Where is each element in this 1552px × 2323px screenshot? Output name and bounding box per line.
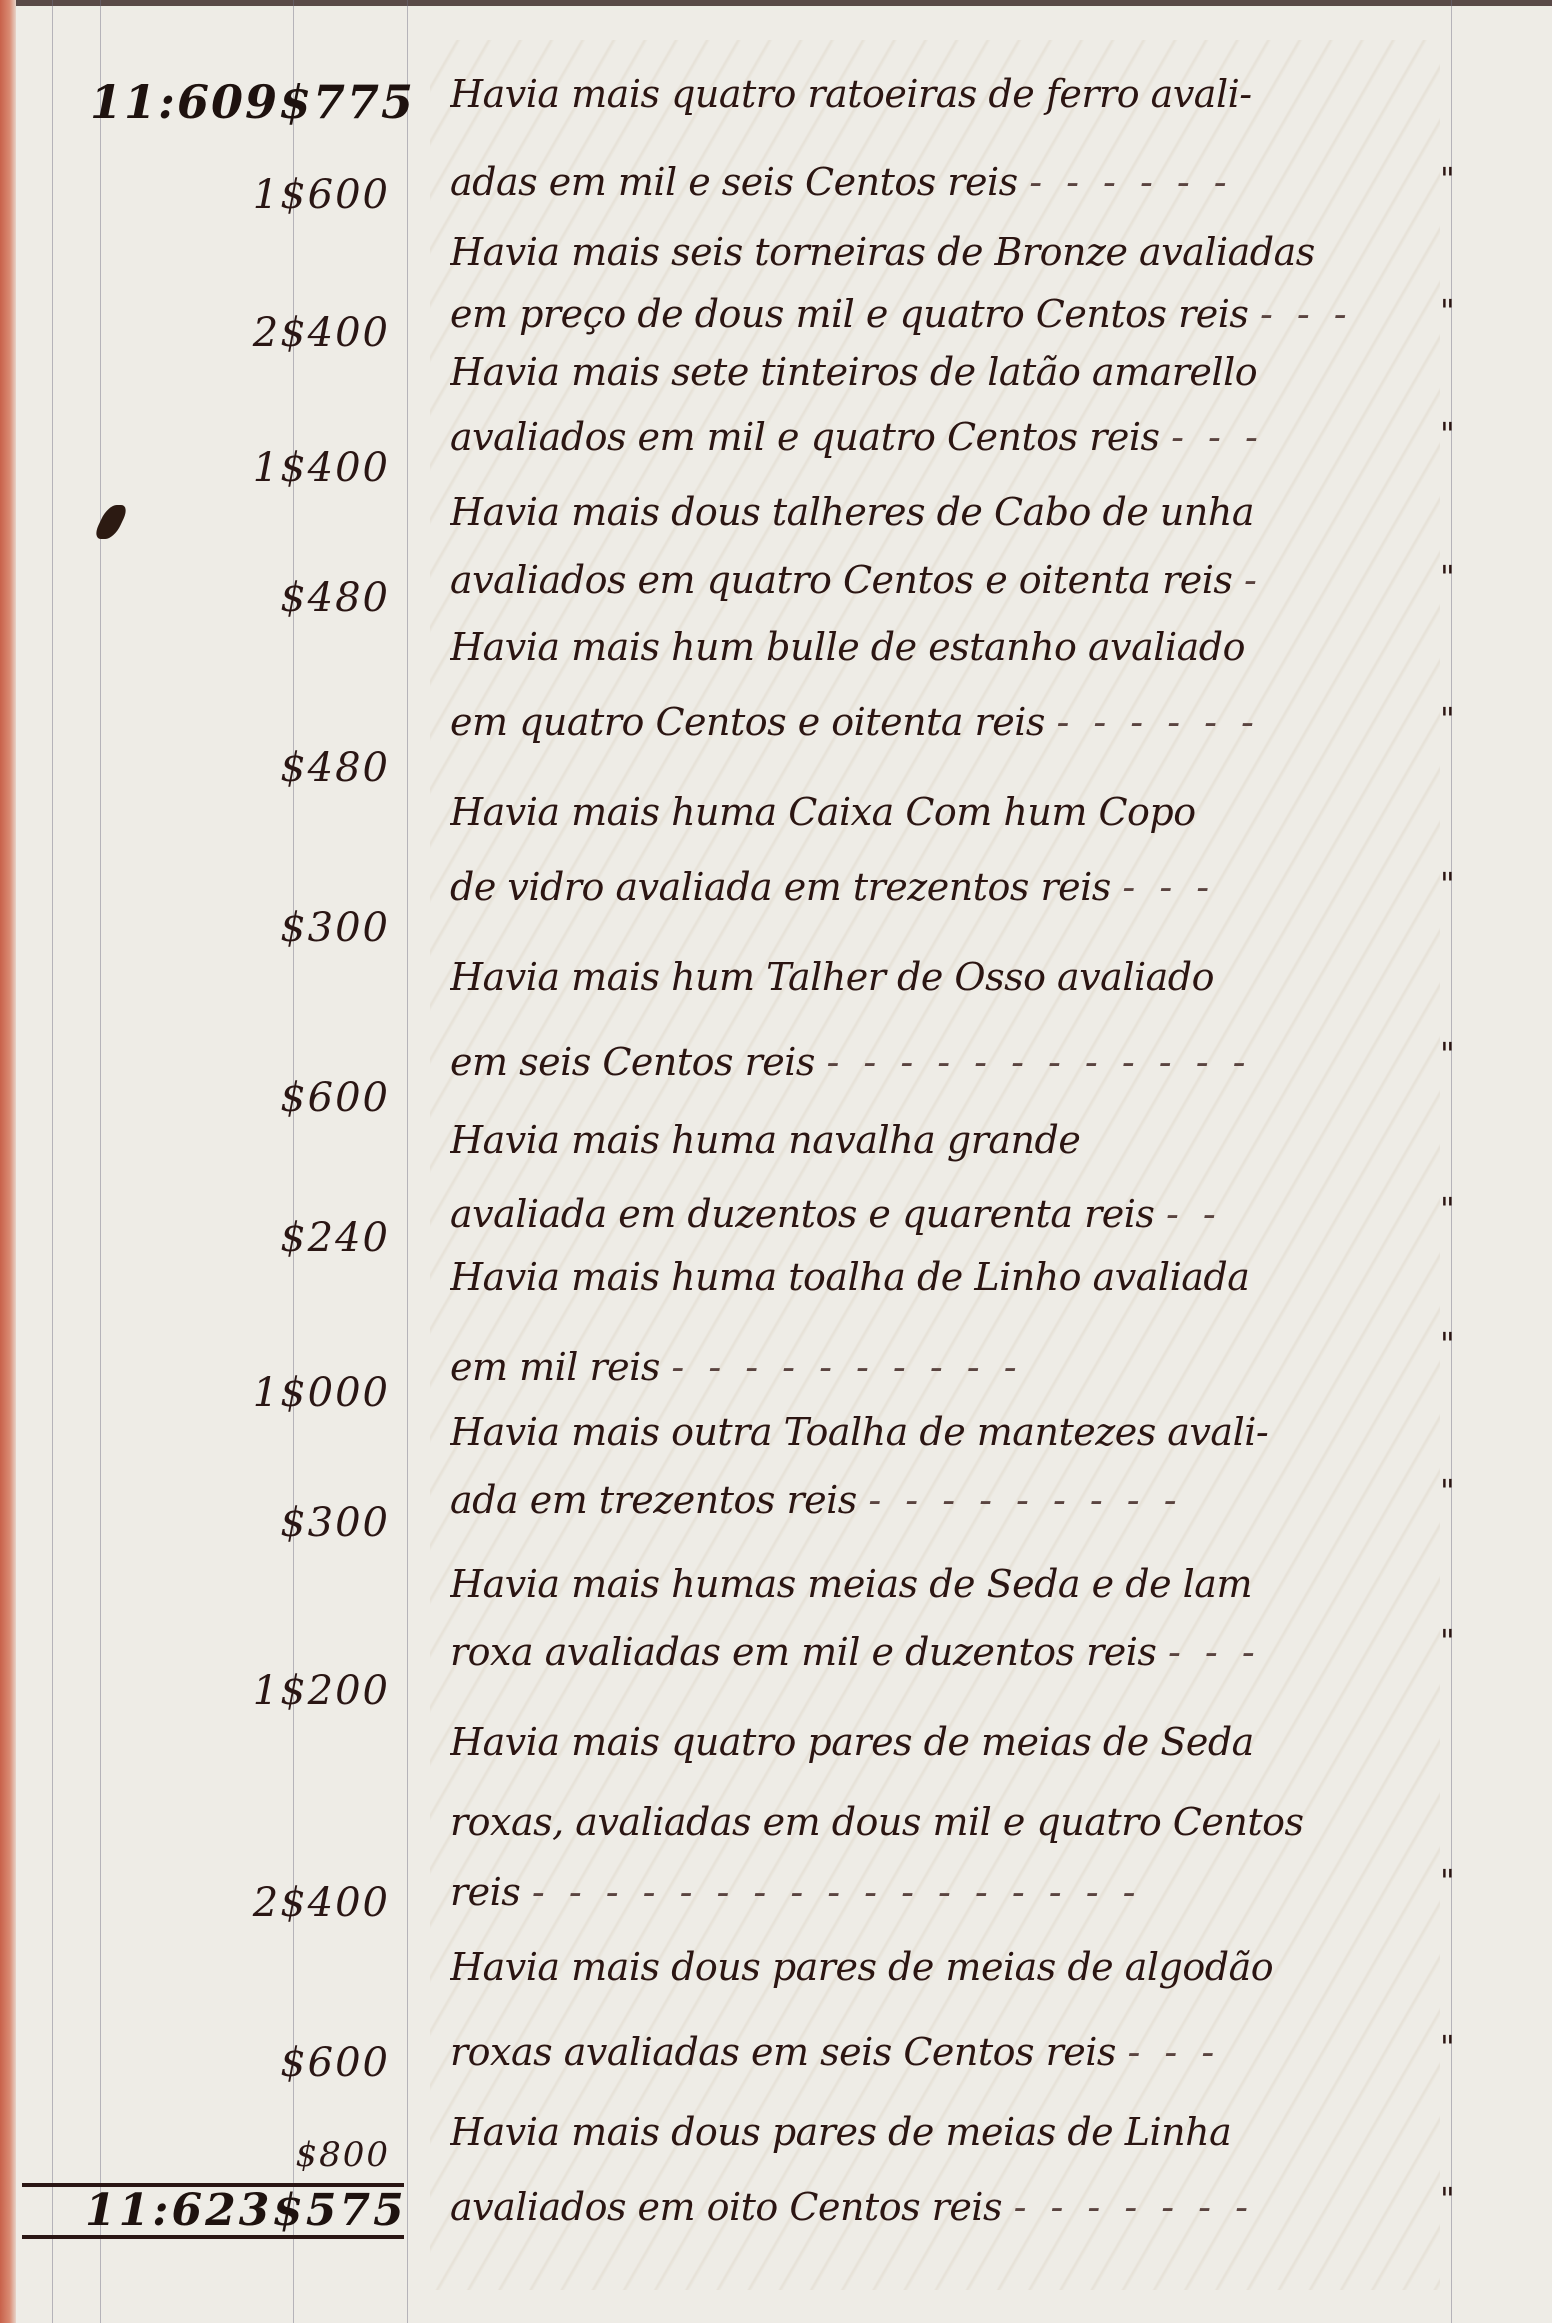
entry-line: Havia mais quatro ratoeiras de ferro ava… bbox=[450, 72, 1460, 116]
page-total: 11:623$575 bbox=[85, 2185, 407, 2236]
entry-line: Havia mais hum Talher de Osso avaliado bbox=[450, 955, 1460, 999]
ditto-mark: " bbox=[1440, 700, 1455, 738]
entry-line: em quatro Centos e oitenta reis - - - - … bbox=[450, 700, 1460, 744]
entry-amount: $600 bbox=[280, 2040, 390, 2086]
entry-line: roxas avaliadas em seis Centos reis - - … bbox=[450, 2030, 1460, 2074]
entry-line: roxas, avaliadas em dous mil e quatro Ce… bbox=[450, 1800, 1460, 1844]
ink-blot bbox=[92, 505, 130, 539]
entry-line: em mil reis - - - - - - - - - - bbox=[450, 1345, 1460, 1389]
entry-line: de vidro avaliada em trezentos reis - - … bbox=[450, 865, 1460, 909]
entry-line: ada em trezentos reis - - - - - - - - - bbox=[450, 1478, 1460, 1522]
entry-line: Havia mais huma navalha grande bbox=[450, 1118, 1460, 1162]
entry-line: Havia mais seis torneiras de Bronze aval… bbox=[450, 230, 1460, 274]
entry-line: em seis Centos reis - - - - - - - - - - … bbox=[450, 1040, 1460, 1084]
ledger-page: 11:609$775 Havia mais quatro ratoeiras d… bbox=[0, 0, 1552, 2323]
entry-line: Havia mais dous talheres de Cabo de unha bbox=[450, 490, 1460, 534]
entry-line: avaliados em quatro Centos e oitenta rei… bbox=[450, 558, 1460, 602]
entry-line: reis - - - - - - - - - - - - - - - - - bbox=[450, 1870, 1460, 1914]
entry-line: roxa avaliadas em mil e duzentos reis - … bbox=[450, 1630, 1460, 1674]
ditto-mark: " bbox=[1440, 1472, 1455, 1510]
entry-line: Havia mais huma Caixa Com hum Copo bbox=[450, 790, 1460, 834]
entry-amount: 2$400 bbox=[253, 310, 390, 356]
entry-line: Havia mais dous pares de meias de algodã… bbox=[450, 1945, 1460, 1989]
entry-amount: $240 bbox=[280, 1215, 390, 1261]
entry-amount: 1$600 bbox=[253, 172, 390, 218]
page-top-edge bbox=[0, 0, 1552, 6]
entry-line: Havia mais huma toalha de Linho avaliada bbox=[450, 1255, 1460, 1299]
entry-amount: $300 bbox=[280, 905, 390, 951]
entry-amount: 1$000 bbox=[253, 1370, 390, 1416]
ditto-mark: " bbox=[1440, 292, 1455, 330]
ditto-mark: " bbox=[1440, 415, 1455, 453]
entry-line: Havia mais quatro pares de meias de Seda bbox=[450, 1720, 1460, 1764]
ditto-mark: " bbox=[1440, 2180, 1455, 2218]
entry-line: Havia mais sete tinteiros de latão amare… bbox=[450, 350, 1460, 394]
entry-amount: $480 bbox=[280, 745, 390, 791]
ditto-mark: " bbox=[1440, 1035, 1455, 1073]
ditto-mark: " bbox=[1440, 865, 1455, 903]
carried-forward-amount: 11:609$775 bbox=[90, 75, 415, 129]
entry-amount: $600 bbox=[280, 1075, 390, 1121]
column-rule bbox=[407, 0, 408, 2323]
entry-amount: $480 bbox=[280, 575, 390, 621]
entry-amount: $300 bbox=[280, 1500, 390, 1546]
entry-amount: 1$200 bbox=[253, 1668, 390, 1714]
ditto-mark: " bbox=[1440, 1190, 1455, 1228]
entry-line: Havia mais hum bulle de estanho avaliado bbox=[450, 625, 1460, 669]
ditto-mark: " bbox=[1440, 1862, 1455, 1900]
margin-rule bbox=[100, 0, 101, 2323]
ditto-mark: " bbox=[1440, 558, 1455, 596]
entry-amount: 1$400 bbox=[253, 445, 390, 491]
ditto-mark: " bbox=[1440, 160, 1455, 198]
page-binding-edge bbox=[0, 0, 16, 2323]
entry-line: Havia mais outra Toalha de mantezes aval… bbox=[450, 1410, 1460, 1454]
total-rule-bottom bbox=[22, 2235, 404, 2239]
entry-line: Havia mais humas meias de Seda e de lam bbox=[450, 1562, 1460, 1606]
entry-line: Havia mais dous pares de meias de Linha bbox=[450, 2110, 1460, 2154]
entry-line: em preço de dous mil e quatro Centos rei… bbox=[450, 292, 1460, 336]
entry-amount: 2$400 bbox=[253, 1880, 390, 1926]
entry-line: avaliada em duzentos e quarenta reis - - bbox=[450, 1192, 1460, 1236]
entry-amount: $800 bbox=[295, 2135, 390, 2175]
entry-line: adas em mil e seis Centos reis - - - - -… bbox=[450, 160, 1460, 204]
ditto-mark: " bbox=[1440, 1325, 1455, 1363]
margin-rule bbox=[52, 0, 53, 2323]
entry-line: avaliados em mil e quatro Centos reis - … bbox=[450, 415, 1460, 459]
ditto-mark: " bbox=[1440, 2028, 1455, 2066]
ditto-mark: " bbox=[1440, 1622, 1455, 1660]
entry-line: avaliados em oito Centos reis - - - - - … bbox=[450, 2185, 1460, 2229]
